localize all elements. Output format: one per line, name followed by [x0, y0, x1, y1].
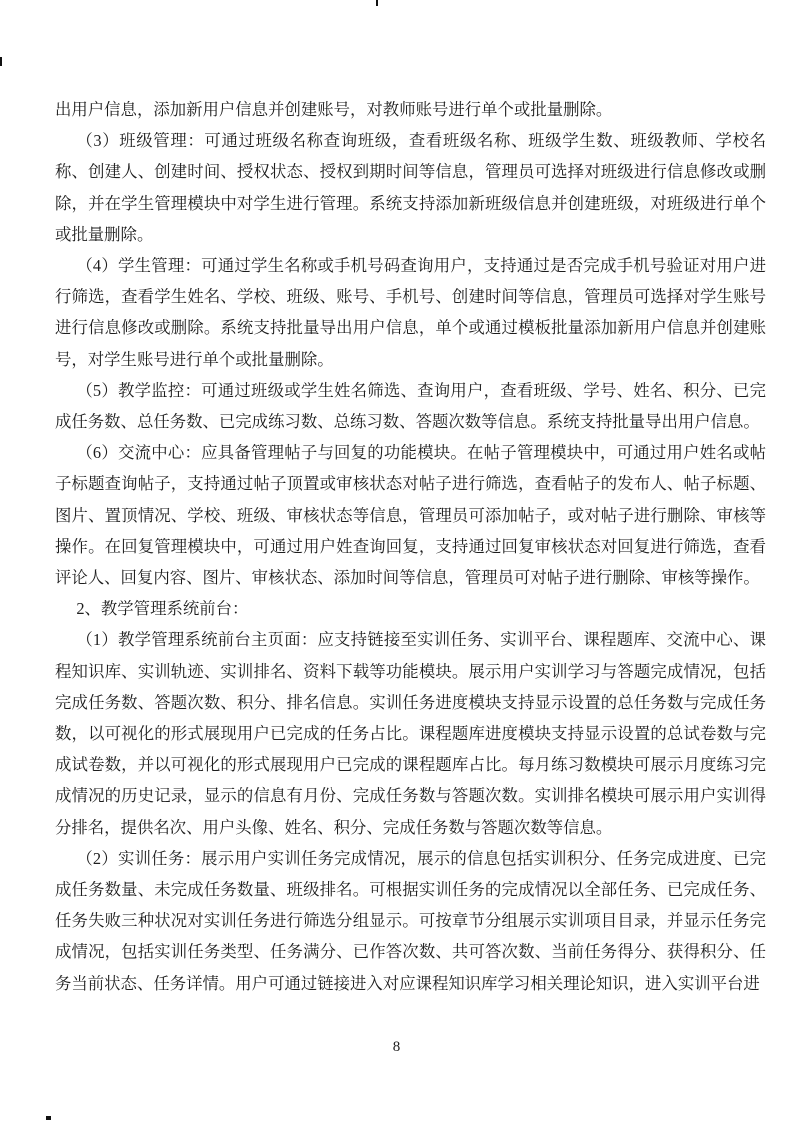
item-5-teaching-monitoring-paragraph: （5）教学监控：可通过班级或学生姓名筛选、查询用户，查看班级、学号、姓名、积分、… [55, 375, 766, 437]
page-footer: 8 [0, 1037, 793, 1057]
item-4-student-management-paragraph: （4）学生管理：可通过学生名称或手机号码查询用户，支持通过是否完成手机号验证对用… [55, 250, 766, 375]
scan-artifact-left [0, 57, 2, 66]
item-6-communication-center-paragraph: （6）交流中心：应具备管理帖子与回复的功能模块。在帖子管理模块中，可通过用户姓名… [55, 437, 766, 593]
page-number: 8 [393, 1039, 401, 1055]
continuation-paragraph: 出用户信息，添加新用户信息并创建账号，对教师账号进行单个或批量删除。 [55, 94, 766, 125]
scan-artifact-top [376, 0, 378, 6]
section-2-frontend-heading: 2、教学管理系统前台： [55, 593, 766, 624]
document-page: 出用户信息，添加新用户信息并创建账号，对教师账号进行单个或批量删除。 （3）班级… [0, 0, 793, 1122]
document-body: 出用户信息，添加新用户信息并创建账号，对教师账号进行单个或批量删除。 （3）班级… [55, 94, 766, 999]
item-1-frontend-homepage-paragraph: （1）教学管理系统前台主页面：应支持链接至实训任务、实训平台、课程题库、交流中心… [55, 624, 766, 842]
item-2-training-tasks-paragraph: （2）实训任务：展示用户实训任务完成情况，展示的信息包括实训积分、任务完成进度、… [55, 843, 766, 999]
scan-artifact-bottom [46, 1116, 51, 1120]
item-3-class-management-paragraph: （3）班级管理：可通过班级名称查询班级，查看班级名称、班级学生数、班级教师、学校… [55, 125, 766, 250]
